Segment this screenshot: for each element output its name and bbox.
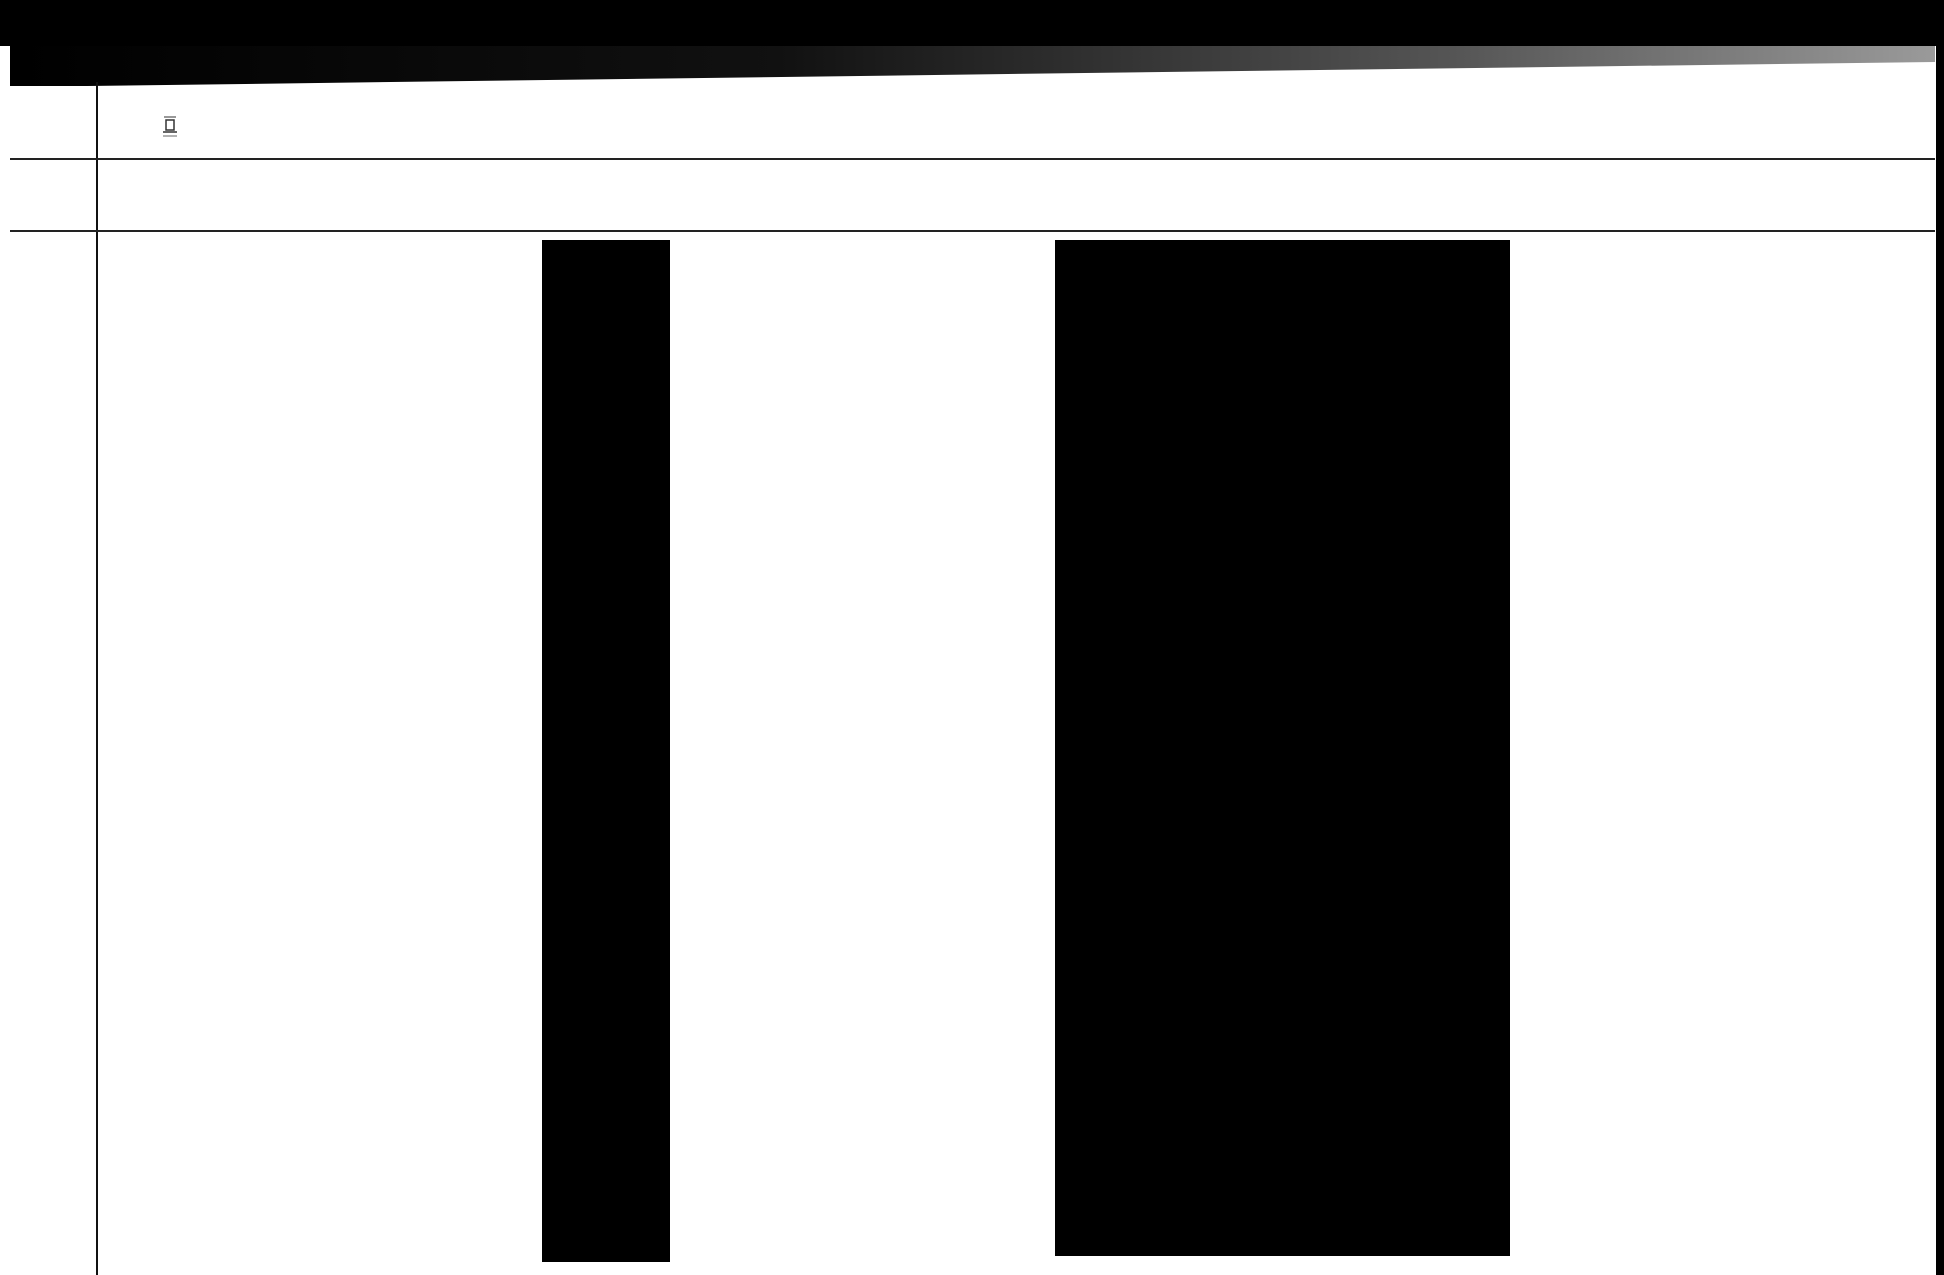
scan-shadow-wedge <box>10 46 1935 86</box>
scan-right-border <box>1936 40 1944 1275</box>
header-firma <box>1503 160 1739 232</box>
header-fecha-ingreso <box>838 160 926 232</box>
page-left-edge <box>96 82 98 1275</box>
header-nombres <box>158 160 542 232</box>
stamp-logo-icon <box>160 116 180 146</box>
header-profesion <box>926 160 1045 232</box>
scan-top-border <box>0 0 1944 46</box>
redaction-age-civil <box>542 240 670 1262</box>
header-numero <box>98 160 158 232</box>
header-observaciones <box>1739 150 1935 222</box>
header-estado-civil <box>600 160 690 232</box>
header-nacionalidad <box>690 160 838 232</box>
header-domicilio <box>1045 160 1357 232</box>
redaction-address-id <box>1055 240 1510 1256</box>
header-carnet <box>1357 160 1503 232</box>
header-edad <box>542 160 600 232</box>
